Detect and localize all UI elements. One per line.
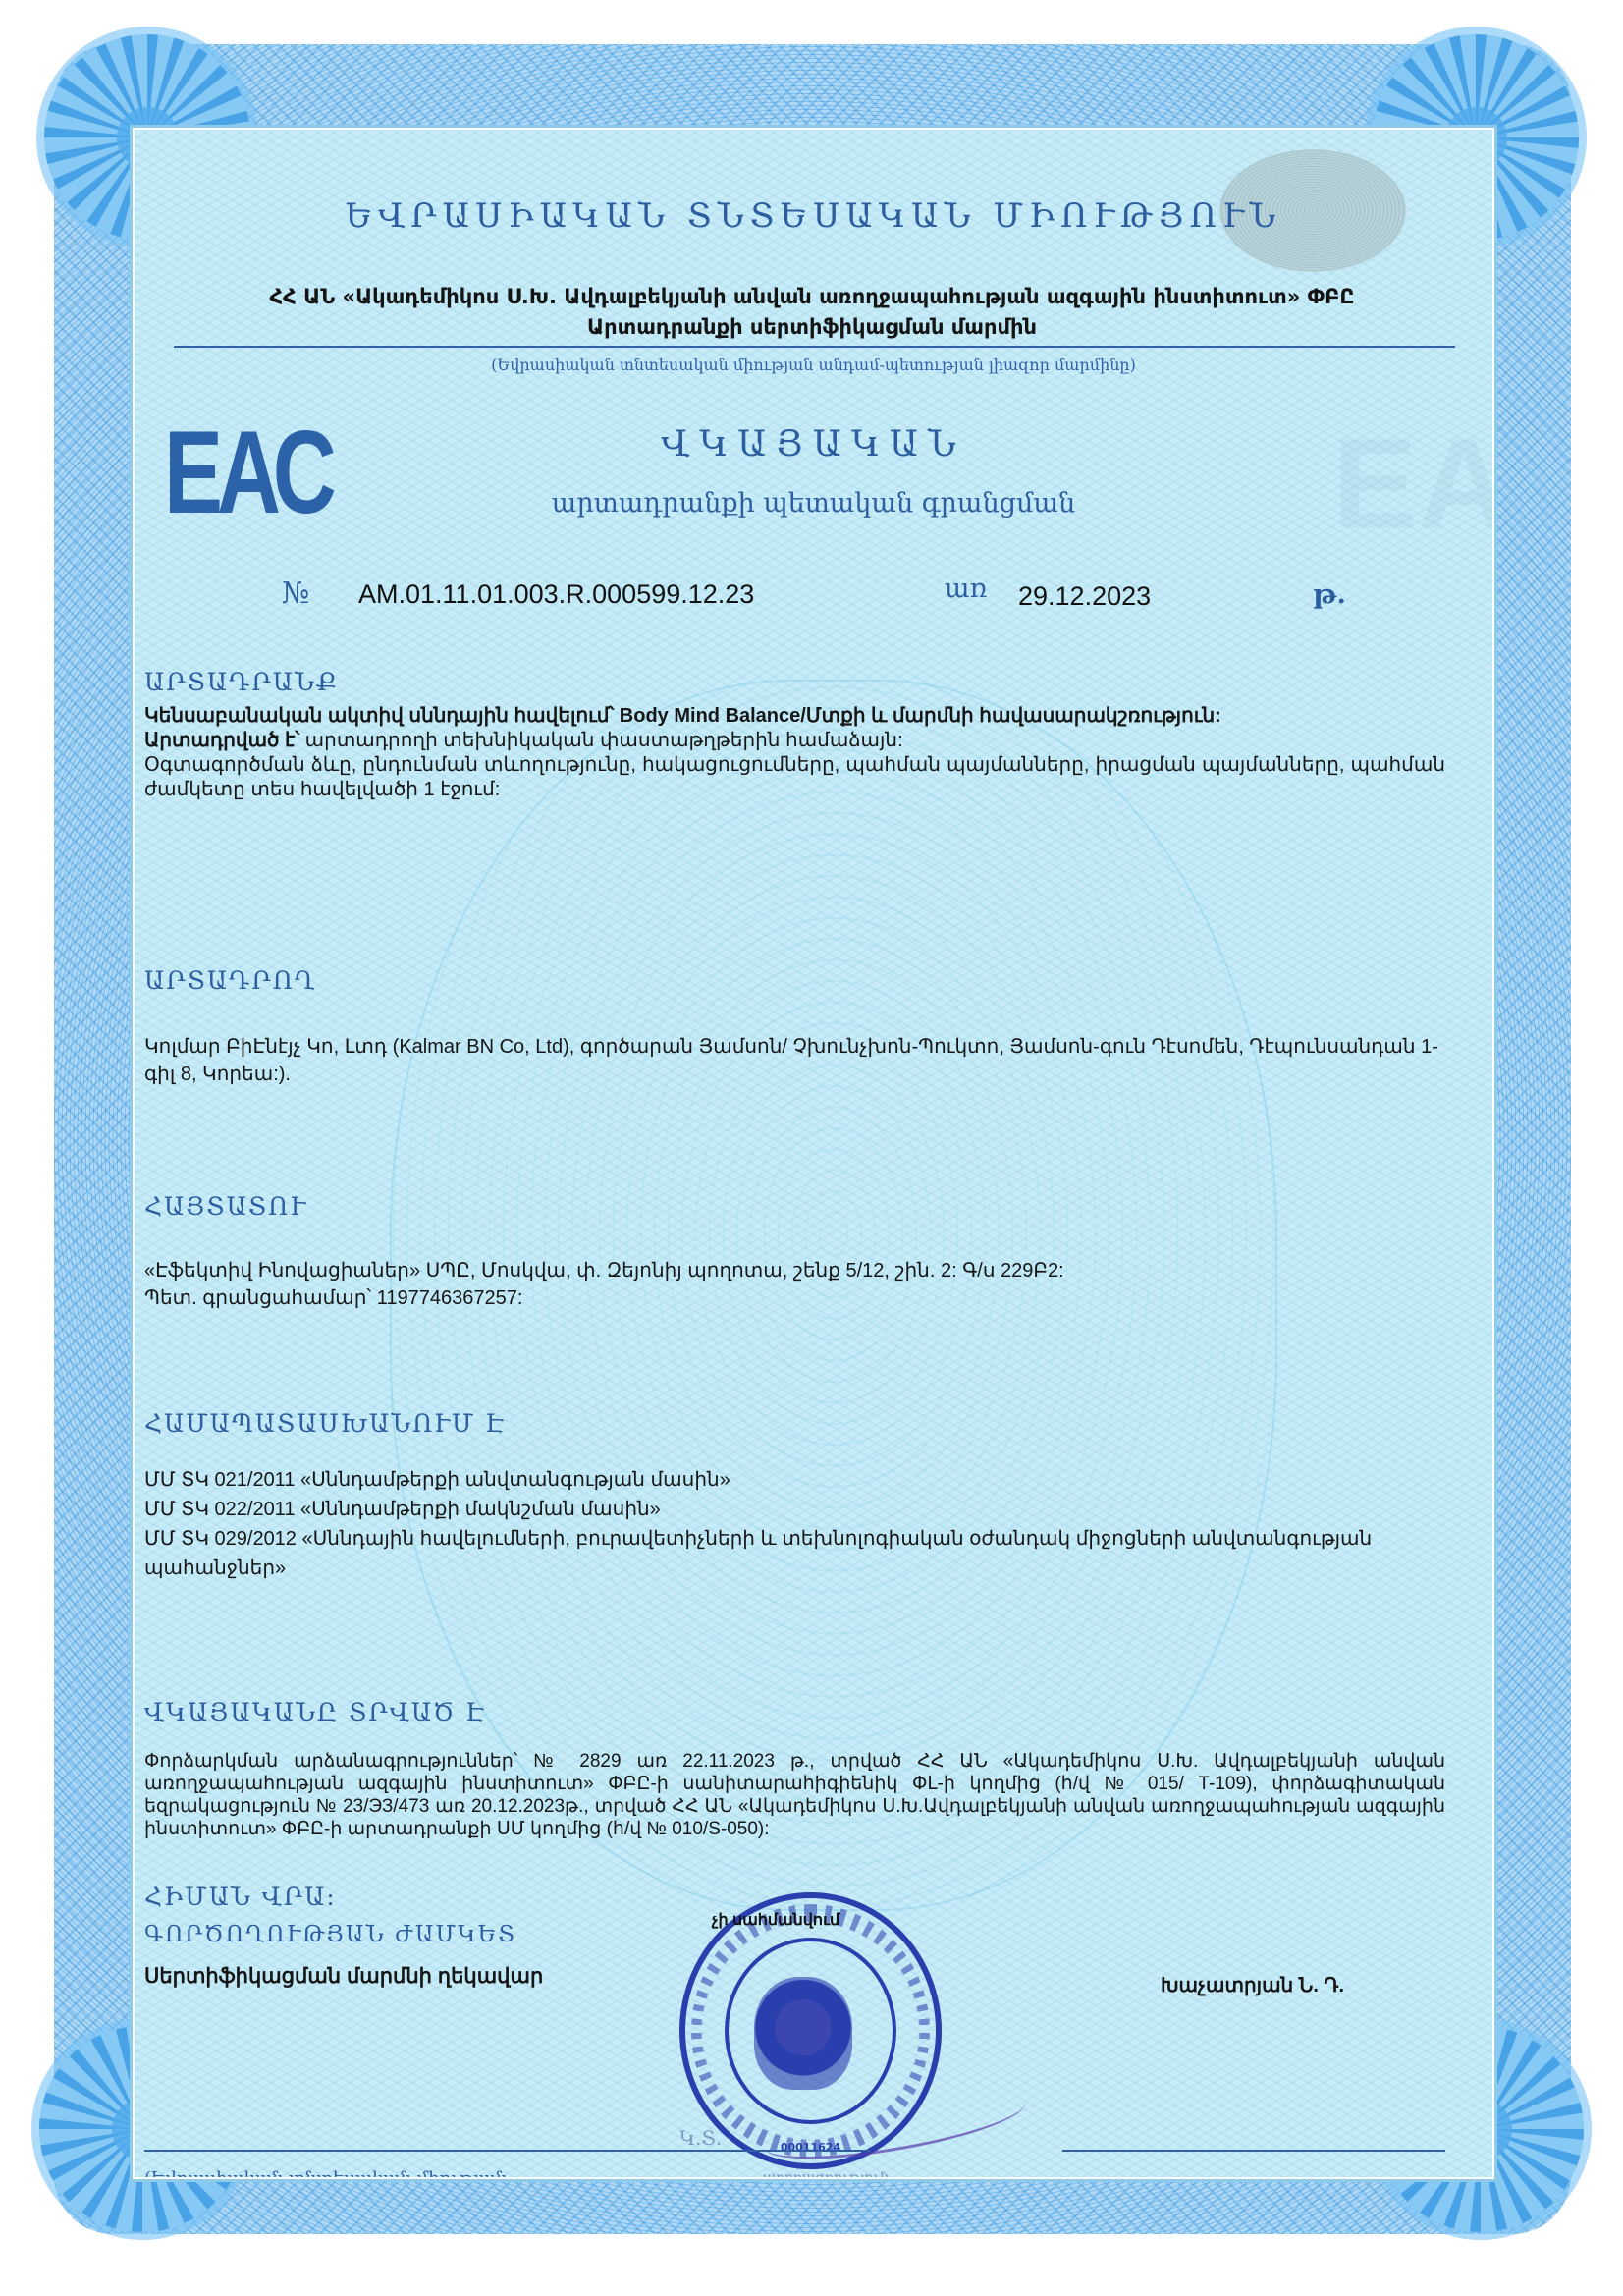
applicant-heading: ՀԱՅՏԱՏՈՒ xyxy=(144,1192,307,1221)
applicant-address: «Էֆեկտիվ Ինովացիաներ» ՍՊԸ, Մոսկվա, փ. Զե… xyxy=(144,1257,1445,1285)
signature-line-left xyxy=(144,2150,871,2152)
manufacturer-heading: ԱՐՏԱԴՐՈՂ xyxy=(144,966,317,995)
conformity-item: ՄՄ ՏԿ 021/2011 «Սննդամթերքի անվտանգությա… xyxy=(144,1465,1445,1495)
number-label: № xyxy=(282,576,309,611)
certificate-panel: ЕАС ԵՎՐԱՍԻԱԿԱՆ ՏՆՏԵՍԱԿԱՆ ՄԻՈՒԹՅՈՒՆ ՀՀ ԱՆ… xyxy=(133,128,1494,2179)
certificate-number: AM.01.11.01.003.R.000599.12.23 xyxy=(358,579,754,610)
role-caption-line: (Եվրասիական տնտեսական միության xyxy=(144,2162,525,2179)
signatory-name: Խաչատրյան Ն. Դ. xyxy=(1161,1974,1344,1998)
basis-heading: ՀԻՄԱՆ ՎՐԱ: xyxy=(144,1883,337,1911)
issued-heading: ՎԿԱՅԱԿԱՆԸ ՏՐՎԱԾ Է xyxy=(144,1698,486,1726)
certificate-subtitle: արտադրանքի պետական գրանցման xyxy=(135,488,1492,519)
certification-body-caption: (Եվրասիական տնտեսական միության անդամ-պետ… xyxy=(135,355,1492,374)
produced-text: արտադրողի տեխնիկական փաստաթղթերին համաձա… xyxy=(299,730,903,751)
signatory-role: Սերտիֆիկացման մարմնի ղեկավար xyxy=(144,1964,543,1989)
certificate-title: ՎԿԱՅԱԿԱՆ xyxy=(135,424,1492,465)
produced-label: Արտադրված է՝ xyxy=(144,730,299,751)
applicant-registration: Պետ. գրանցահամար՝ 1197746367257: xyxy=(144,1285,1445,1312)
product-section: Կենսաբանական ակտիվ սննդային հավելում՝ Bo… xyxy=(144,704,1445,802)
issued-text: Փորձարկման արձանագրություններ՝ № 2829 առ… xyxy=(144,1750,1445,1840)
conformity-item: ՄՄ ՏԿ 029/2012 «Սննդային հավելումների, բ… xyxy=(144,1524,1445,1583)
product-name: Կենսաբանական ակտիվ սննդային հավելում՝ Bo… xyxy=(144,704,1445,729)
role-caption: (Եվրասիական տնտեսական միության անդամ-պետ… xyxy=(144,2162,525,2179)
validity-heading: ԳՈՐԾՈՂՈՒԹՅԱՆ ԺԱՄԿԵՏ xyxy=(144,1922,516,1947)
product-produced-line: Արտադրված է՝ արտադրողի տեխնիկական փաստաթ… xyxy=(144,729,1445,753)
certification-body-line2: Արտադրանքի սերտիֆիկացման մարմին xyxy=(174,312,1450,343)
conformity-list: ՄՄ ՏԿ 021/2011 «Սննդամթերքի անվտանգությա… xyxy=(144,1465,1445,1583)
header-divider xyxy=(174,346,1455,348)
conformity-item: ՄՄ ՏԿ 022/2011 «Սննդամթերքի մակնշման մաս… xyxy=(144,1495,1445,1524)
applicant-section: «Էֆեկտիվ Ինովացիաներ» ՍՊԸ, Մոսկվա, փ. Զե… xyxy=(144,1257,1445,1312)
signature-caption: ստորագրություն xyxy=(763,2170,889,2179)
certification-body-name: ՀՀ ԱՆ «Ակադեմիկոս Ս.Խ. Ավդալբեկյանի անվա… xyxy=(174,282,1450,343)
product-heading: ԱՐՏԱԴՐԱՆՔ xyxy=(144,668,339,696)
conformity-heading: ՀԱՄԱՊԱՏԱՍԽԱՆՈՒՄ Է xyxy=(144,1409,506,1438)
date-label: առ xyxy=(945,574,987,604)
product-usage-text: Օգտագործման ձևը, ընդունման տևողությունը,… xyxy=(144,753,1445,802)
certificate-date: 29.12.2023 xyxy=(1018,581,1151,612)
year-suffix: թ. xyxy=(1313,579,1346,610)
name-caption: (Ա.Ա.Հ.) xyxy=(1224,2167,1288,2179)
certification-body-line1: ՀՀ ԱՆ «Ակադեմիկոս Ս.Խ. Ավդալբեկյանի անվա… xyxy=(174,282,1450,312)
coat-of-arms-icon xyxy=(754,1977,852,2090)
validity-value: չի սահմանվում xyxy=(712,1910,839,1930)
signature-line-right xyxy=(1062,2150,1445,2152)
manufacturer-text: Կոլմար ԲիԷնէյչ Կո, Լտդ (Kalmar BN Co, Lt… xyxy=(144,1033,1445,1088)
seal-place-mark: Կ.Տ. xyxy=(679,2126,722,2150)
union-title: ԵՎՐԱՍԻԱԿԱՆ ՏՆՏԵՍԱԿԱՆ ՄԻՈՒԹՅՈՒՆ xyxy=(135,196,1492,236)
